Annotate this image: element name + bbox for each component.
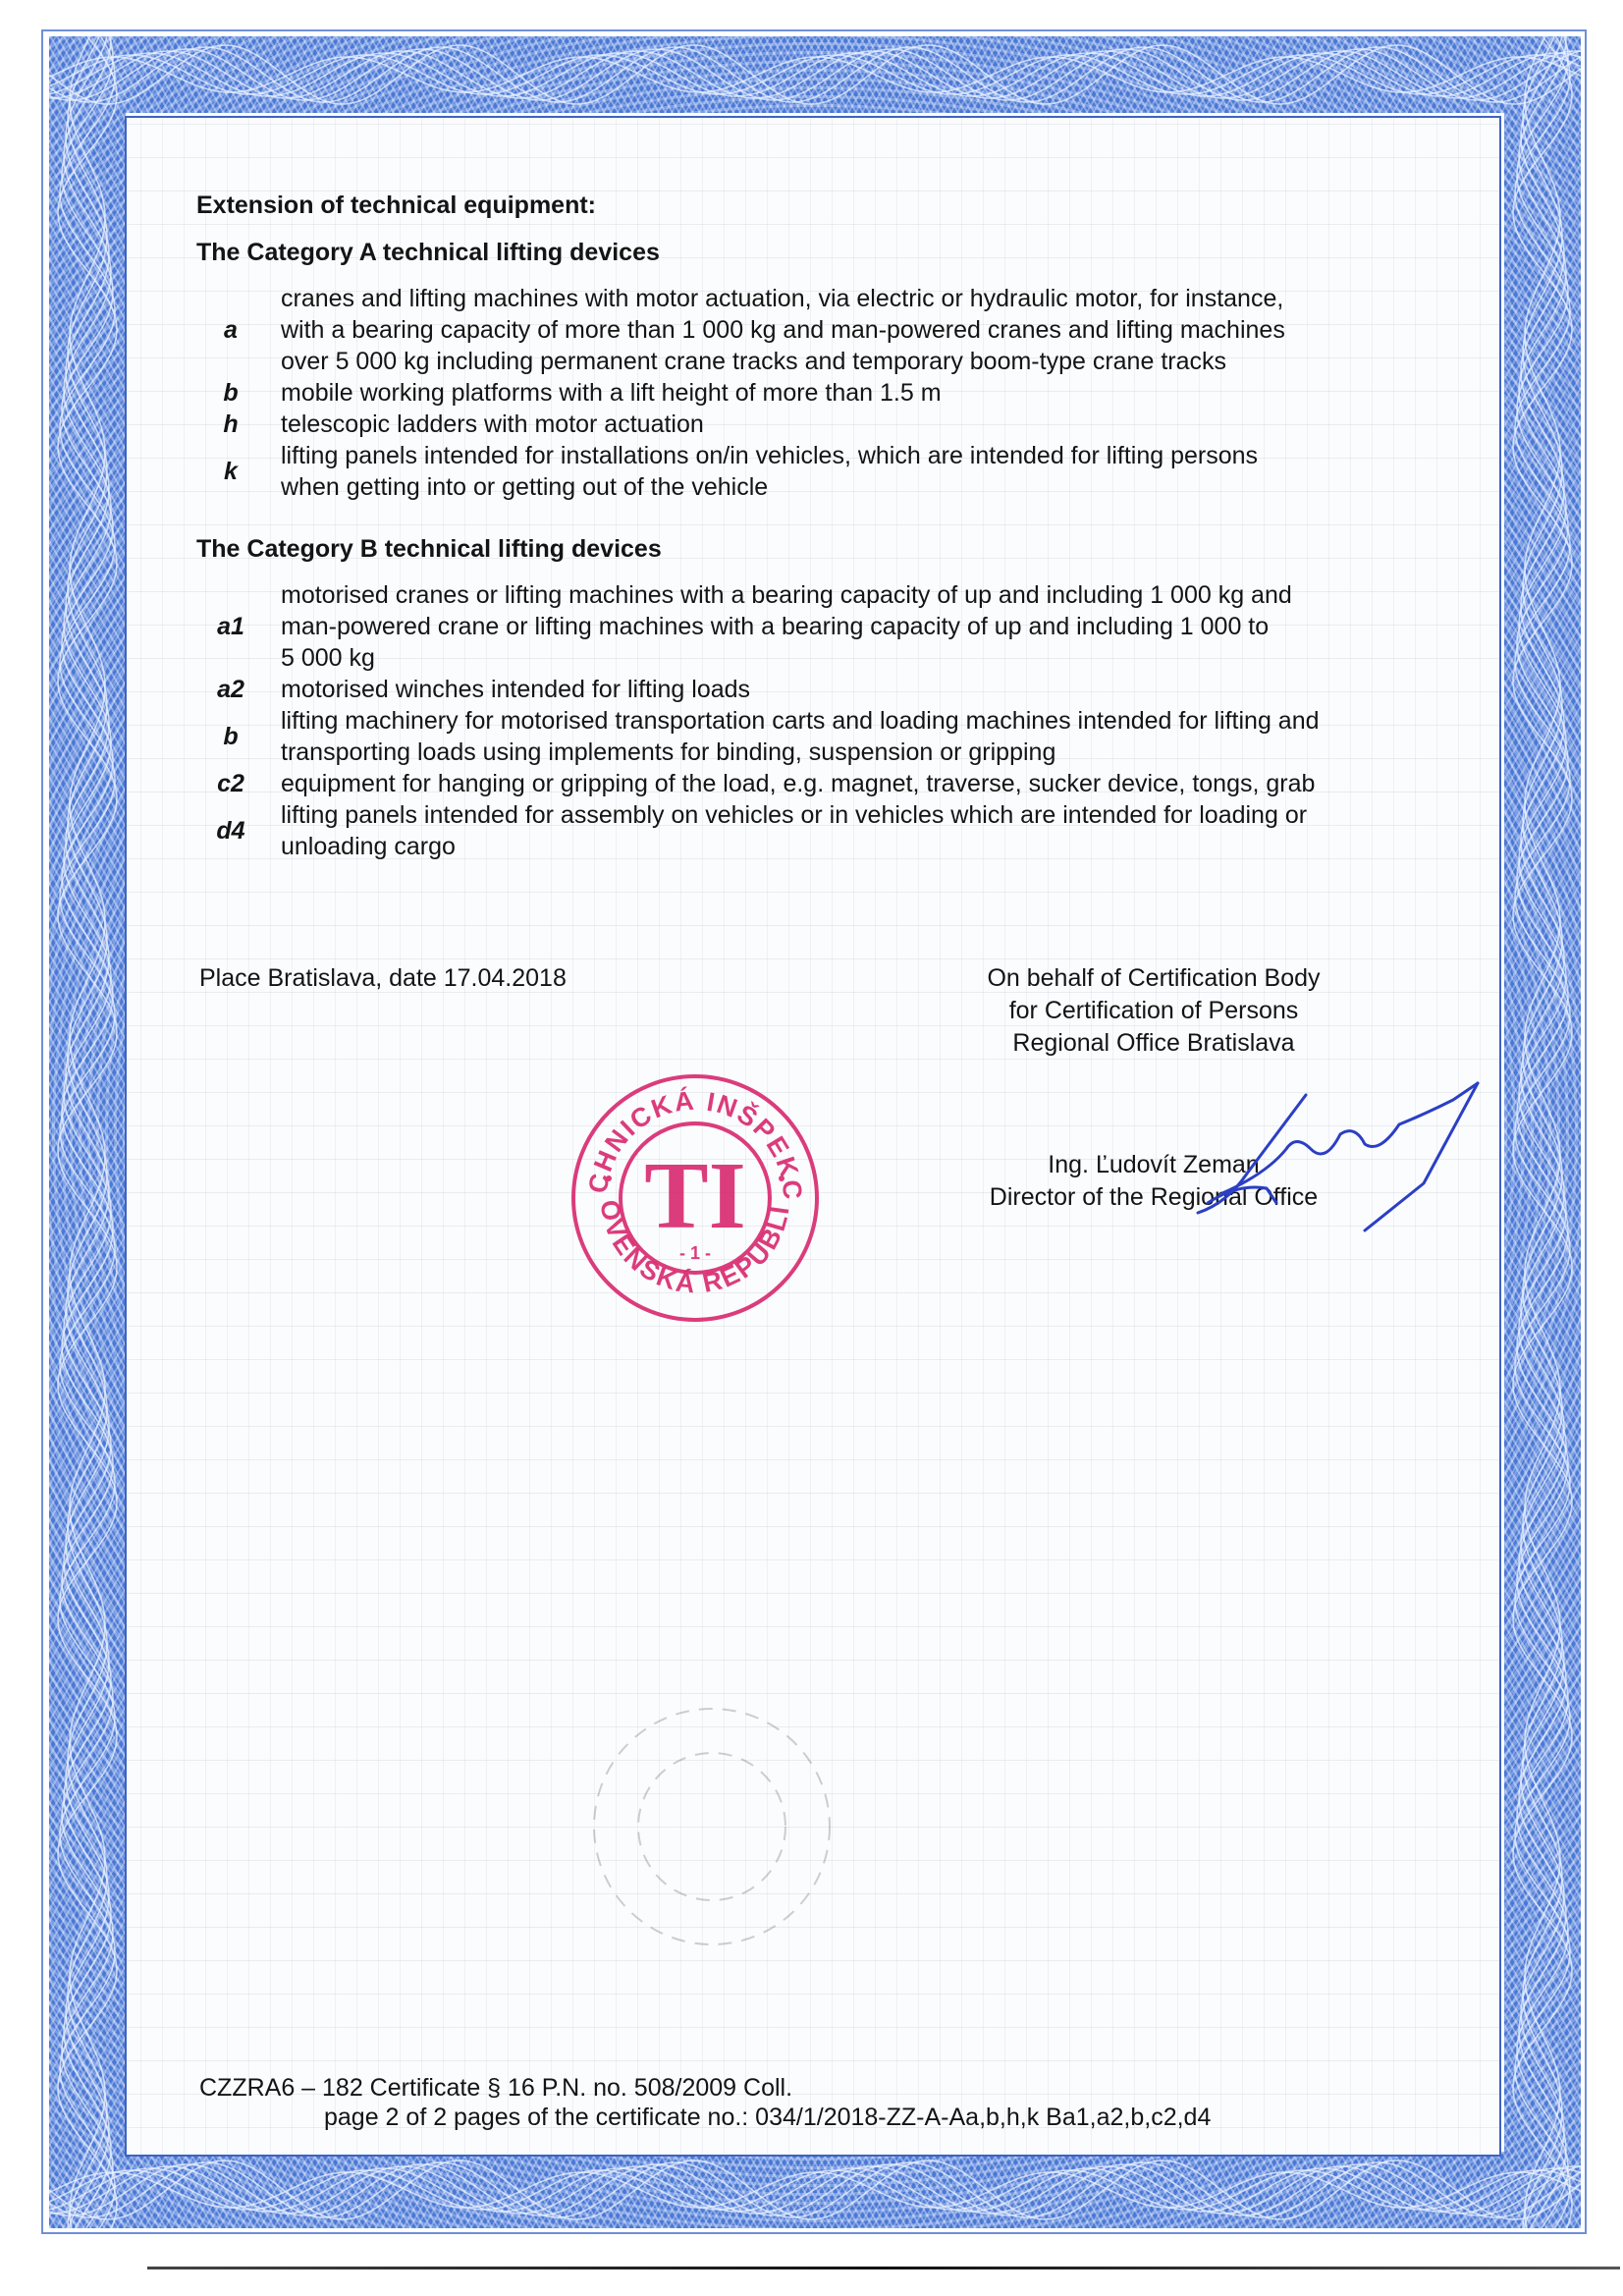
item-code: b (196, 723, 265, 751)
item-description: lifting panels intended for installation… (281, 440, 1258, 503)
category-b-item-a1: a1motorised cranes or lifting machines w… (196, 579, 1473, 674)
item-code: c2 (196, 770, 265, 798)
issuer-line-2: for Certification of Persons (967, 995, 1340, 1027)
item-description: motorised cranes or lifting machines wit… (281, 579, 1292, 674)
category-b-item-a2: a2motorised winches intended for lifting… (196, 674, 1473, 705)
item-code: a2 (196, 676, 265, 704)
footer-line-1: CZZRA6 – 182 Certificate § 16 P.N. no. 5… (199, 2072, 792, 2104)
item-code: h (196, 410, 265, 439)
embossed-seal (565, 1689, 859, 1964)
place-date: Place Bratislava, date 17.04.2018 (199, 962, 567, 994)
category-a-item-b: bmobile working platforms with a lift he… (196, 377, 1473, 409)
item-description: lifting machinery for motorised transpor… (281, 705, 1320, 768)
section-title: Extension of technical equipment: (196, 191, 596, 220)
category-a-item-h: htelescopic ladders with motor actuation (196, 409, 1473, 440)
category-b-item-b: blifting machinery for motorised transpo… (196, 705, 1473, 768)
handwritten-signature (1129, 1056, 1483, 1232)
issuer-block: On behalf of Certification Body for Cert… (967, 962, 1340, 1060)
item-description: lifting panels intended for assembly on … (281, 799, 1307, 862)
footer-line-2: page 2 of 2 pages of the certificate no.… (324, 2102, 1211, 2133)
item-description: mobile working platforms with a lift hei… (281, 377, 942, 409)
item-code: b (196, 379, 265, 408)
item-code: d4 (196, 817, 265, 846)
category-a-heading: The Category A technical lifting devices (196, 239, 660, 267)
item-code: a1 (196, 613, 265, 641)
category-b-item-d4: d4lifting panels intended for assembly o… (196, 799, 1473, 862)
item-description: motorised winches intended for lifting l… (281, 674, 750, 705)
category-b-heading: The Category B technical lifting devices (196, 535, 662, 564)
category-b-item-c2: c2equipment for hanging or gripping of t… (196, 768, 1473, 799)
issuer-line-1: On behalf of Certification Body (967, 962, 1340, 995)
svg-text:TI: TI (644, 1143, 746, 1249)
item-description: cranes and lifting machines with motor a… (281, 283, 1285, 377)
svg-text:- 1 -: - 1 - (679, 1243, 711, 1263)
item-code: a (196, 316, 265, 345)
official-stamp: TECHNICKÁ INŠPEKCIA SLOVENSKÁ REPUBLIKA … (568, 1070, 823, 1326)
item-code: k (196, 458, 265, 486)
item-description: telescopic ladders with motor actuation (281, 409, 704, 440)
category-a-item-a: acranes and lifting machines with motor … (196, 283, 1473, 377)
category-a-item-k: klifting panels intended for installatio… (196, 440, 1473, 503)
item-description: equipment for hanging or gripping of the… (281, 768, 1315, 799)
